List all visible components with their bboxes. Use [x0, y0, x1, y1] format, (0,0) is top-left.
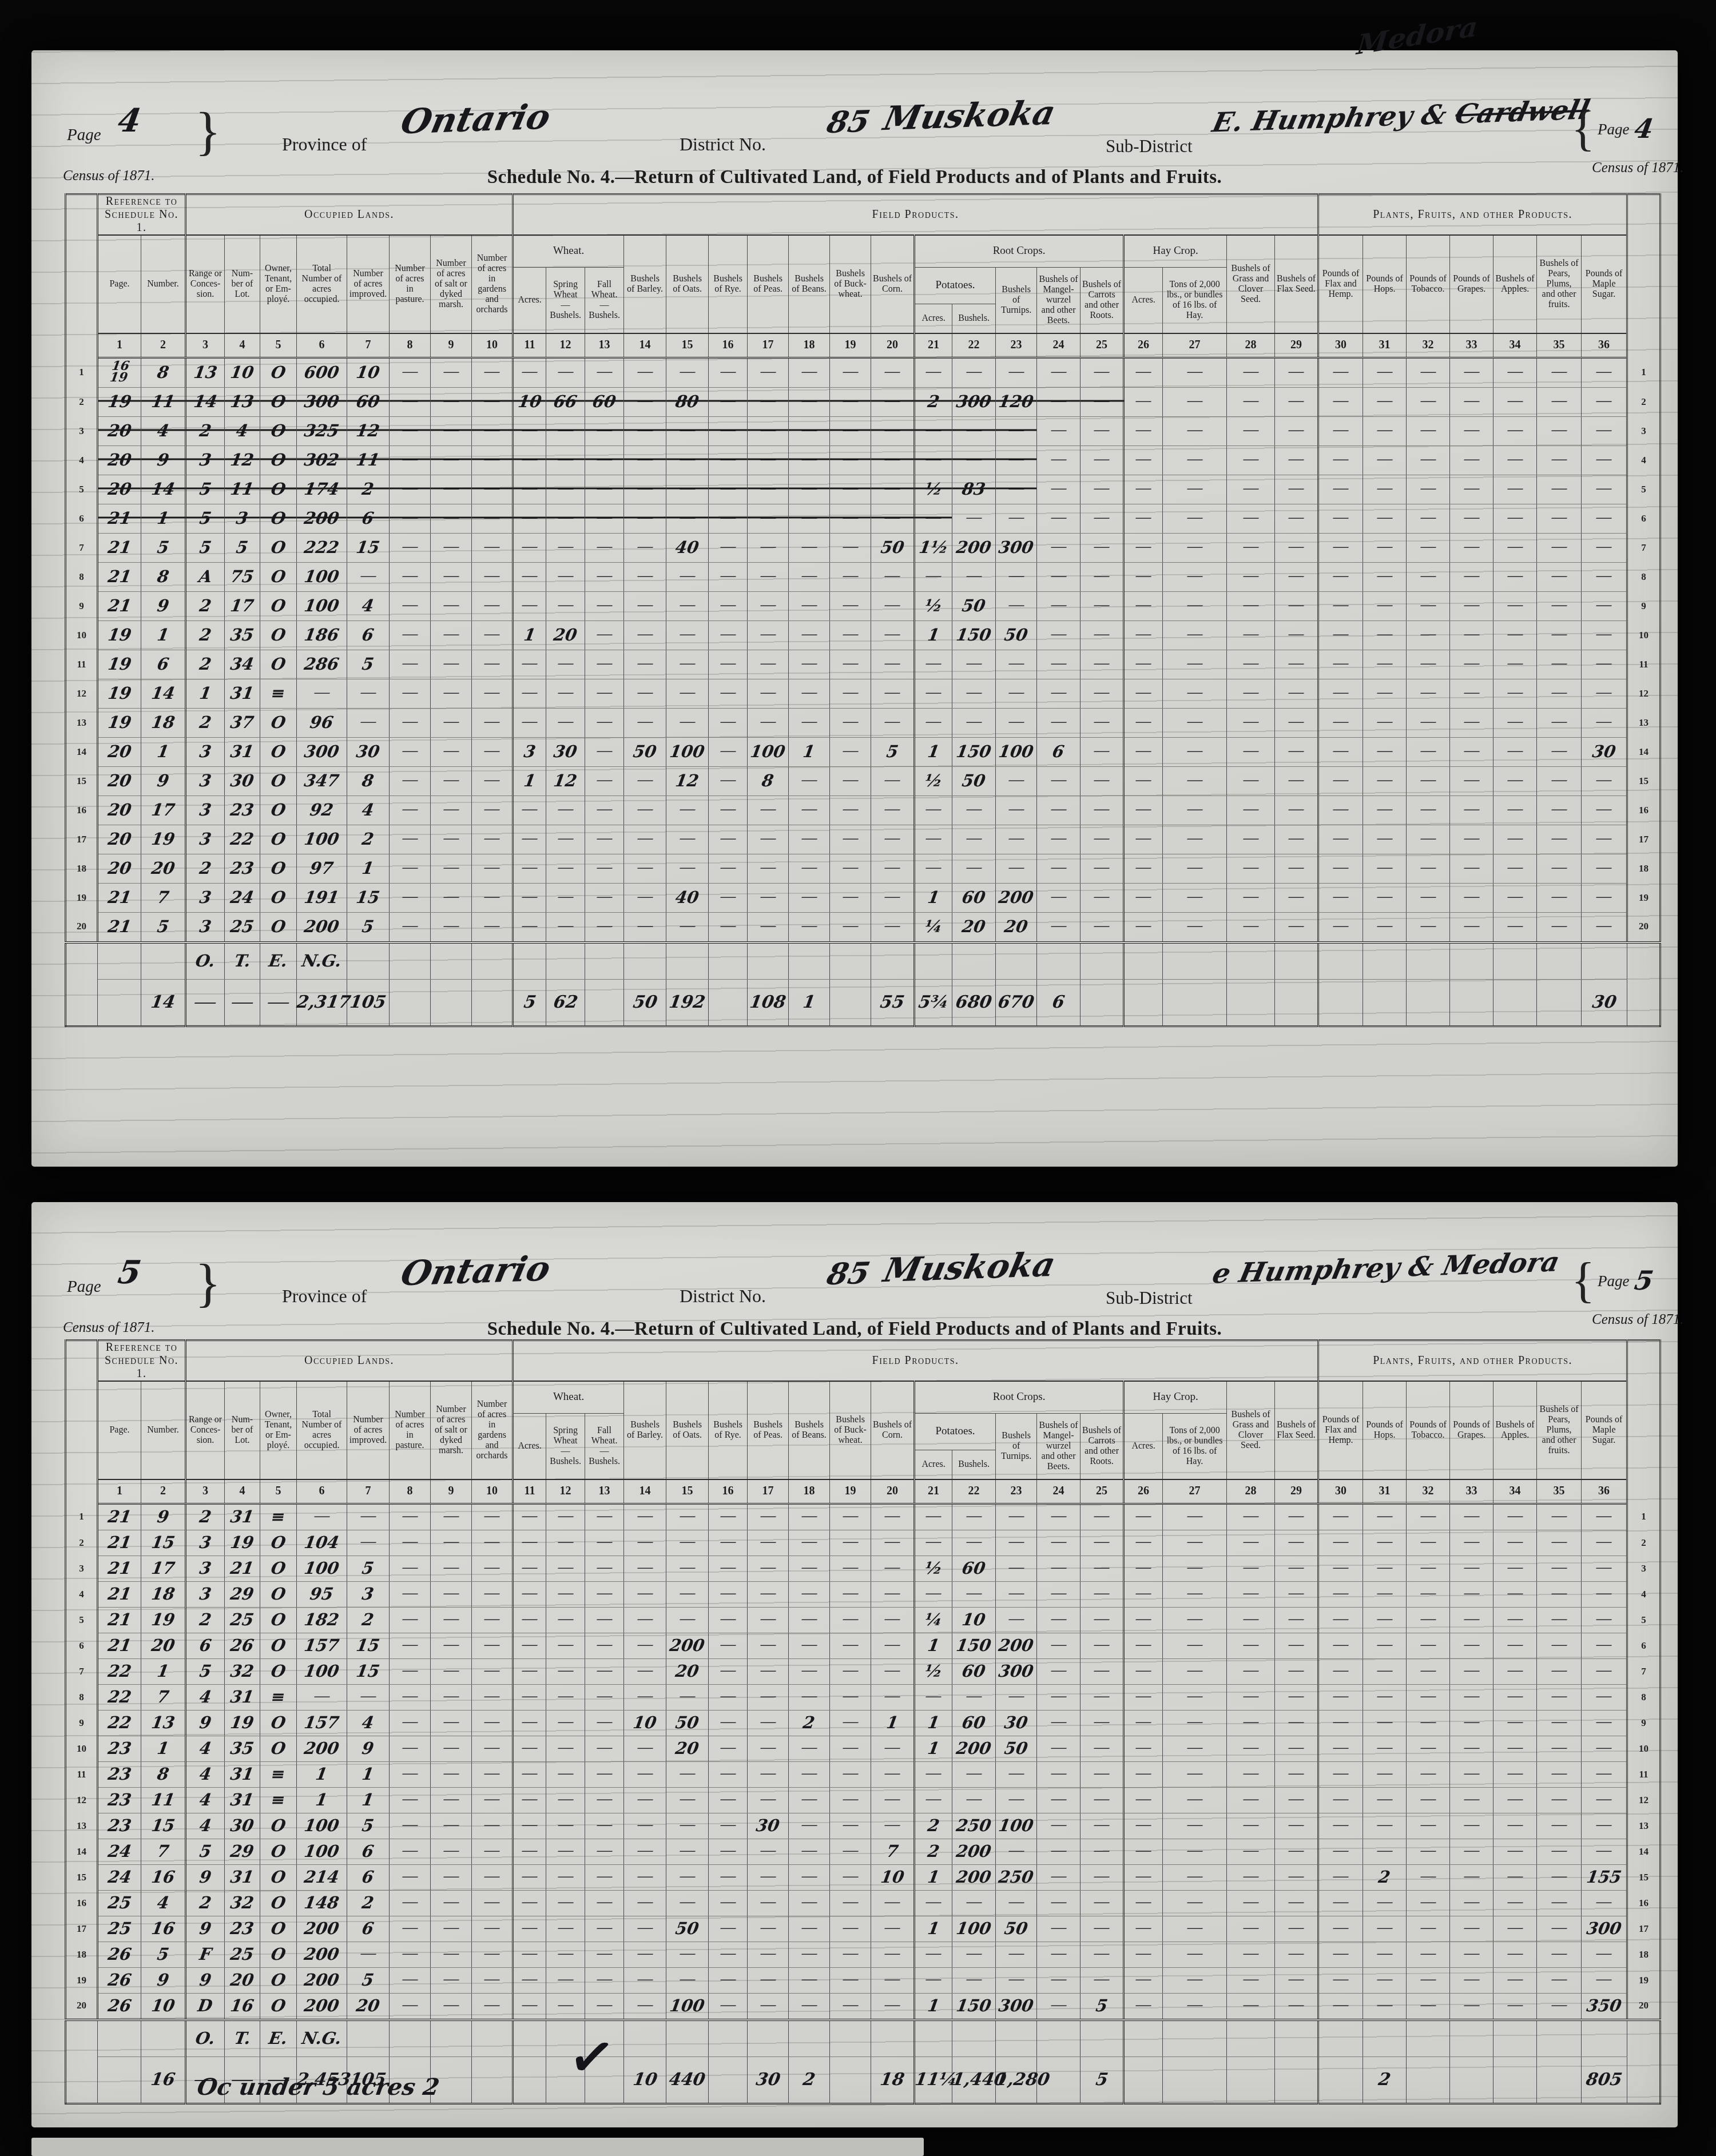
col-marsh: Number of acres of salt or dyked marsh. — [431, 235, 472, 333]
cell: — — [996, 1556, 1037, 1581]
cell: 19 — [141, 1607, 186, 1633]
cell: — — [1450, 1967, 1493, 1993]
cell: — — [915, 1761, 952, 1787]
cell: — — [830, 912, 871, 942]
cell: — — [1537, 533, 1582, 562]
cell: — — [1582, 912, 1627, 942]
cell: — — [1037, 883, 1081, 912]
totals-label-cell — [789, 2020, 830, 2057]
cell: — — [1037, 1916, 1081, 1942]
cell: — — [1407, 387, 1450, 416]
row-number: 6 — [1627, 504, 1661, 533]
cell: — — [585, 1710, 624, 1736]
cell: — — [1407, 912, 1450, 942]
row-number: 7 — [1627, 533, 1661, 562]
cell: 1 — [186, 679, 225, 708]
cell: — — [1407, 854, 1450, 883]
col-hops: Pounds of Hops. — [1363, 1381, 1407, 1479]
totals-label-cell — [748, 942, 789, 980]
cell: — — [1493, 1607, 1537, 1633]
cell: — — [1363, 708, 1407, 737]
cell: 100 — [297, 1813, 347, 1839]
cell: — — [1318, 387, 1363, 416]
totals-cell: 105 — [347, 979, 390, 1026]
cell: 26 — [225, 1633, 260, 1658]
cell: — — [1582, 1503, 1627, 1530]
cell: — — [1363, 854, 1407, 883]
cell: 5 — [186, 504, 225, 533]
cell: — — [1363, 357, 1407, 387]
totals-cell — [585, 979, 624, 1026]
cell: 302 — [297, 445, 347, 475]
cell: 21 — [98, 1581, 141, 1607]
cell: — — [1275, 766, 1318, 795]
cell: — — [1537, 1993, 1582, 2020]
cell: — — [1318, 825, 1363, 854]
totals-cell: — — [186, 979, 225, 1026]
cell: — — [1163, 650, 1227, 679]
footnote-checkmark: ✓ — [565, 2023, 619, 2092]
row-number: 15 — [1627, 766, 1661, 795]
cell: — — [1163, 1530, 1227, 1556]
column-number: 17 — [748, 333, 789, 357]
cell: — — [431, 1710, 472, 1736]
cell: — — [1537, 1787, 1582, 1813]
cell: 50 — [996, 1736, 1037, 1761]
cell: — — [585, 883, 624, 912]
totals-label-cell — [1407, 2020, 1450, 2057]
table-row: 1219231≡———————————————————————————————1 — [66, 1503, 1661, 1530]
cell: — — [915, 1942, 952, 1967]
cell: — — [472, 504, 513, 533]
cell: — — [431, 1503, 472, 1530]
cell: — — [1037, 1581, 1081, 1607]
cell: — — [1363, 416, 1407, 445]
row-number — [66, 2020, 98, 2057]
cell: — — [1081, 708, 1124, 737]
cell: — — [431, 445, 472, 475]
cell: 1½ — [915, 533, 952, 562]
totals-cell: 62 — [546, 979, 585, 1026]
cell: — — [513, 1967, 546, 1993]
totals-label-cell — [1081, 942, 1124, 980]
row-number: 9 — [66, 591, 98, 620]
table-row: 9219217O1004—————————————½50————————————… — [66, 591, 1661, 620]
cell: — — [709, 1761, 748, 1787]
cell: — — [431, 1839, 472, 1864]
cell: — — [585, 766, 624, 795]
cell: — — [390, 1993, 431, 2020]
cell: — — [431, 650, 472, 679]
cell: — — [585, 1787, 624, 1813]
cell: — — [1124, 1864, 1163, 1890]
cell: — — [748, 562, 789, 591]
cell: — — [1407, 766, 1450, 795]
cell: — — [624, 1581, 666, 1607]
cell: — — [1163, 445, 1227, 475]
cell: — — [1450, 1813, 1493, 1839]
cell: — — [472, 1993, 513, 2020]
cell: — — [1582, 1813, 1627, 1839]
row-number-header-left — [66, 1340, 98, 1504]
cell: 20 — [98, 795, 141, 825]
cell: — — [1407, 1581, 1450, 1607]
cell: — — [1318, 1556, 1363, 1581]
column-number: 36 — [1582, 1479, 1627, 1503]
cell: 200 — [952, 533, 996, 562]
cell: — — [1363, 1530, 1407, 1556]
cell: — — [666, 1864, 709, 1890]
cell: — — [390, 795, 431, 825]
group-field-products: Field Products. — [513, 1340, 1318, 1382]
cell: — — [1450, 1581, 1493, 1607]
cell: 15 — [141, 1813, 186, 1839]
subgroup-wheat: Wheat. — [513, 1381, 624, 1413]
row-number — [66, 942, 98, 980]
cell: 120 — [996, 387, 1037, 416]
cell: 2 — [915, 1813, 952, 1839]
cell: — — [513, 1710, 546, 1736]
column-number: 15 — [666, 333, 709, 357]
cell: — — [431, 1890, 472, 1916]
cell: — — [1124, 533, 1163, 562]
column-number: 23 — [996, 333, 1037, 357]
cell: — — [1037, 1761, 1081, 1787]
cell: 50 — [871, 533, 915, 562]
cell: 100 — [297, 825, 347, 854]
cell: — — [1081, 1736, 1124, 1761]
totals-label-cell — [431, 2020, 472, 2057]
cell: — — [1081, 1864, 1124, 1890]
row-number: 17 — [1627, 1916, 1661, 1942]
row-number: 16 — [1627, 795, 1661, 825]
cell: 21 — [98, 562, 141, 591]
group-reference: Reference to Schedule No. 1. — [98, 1340, 186, 1382]
schedule-title: Schedule No. 4.—Return of Cultivated Lan… — [487, 167, 1222, 188]
cell: — — [1124, 1761, 1163, 1787]
cell: — — [1363, 1813, 1407, 1839]
cell: 17 — [225, 591, 260, 620]
row-number: 19 — [1627, 1967, 1661, 1993]
cell: — — [666, 445, 709, 475]
cell: — — [1582, 795, 1627, 825]
cell: — — [709, 475, 748, 504]
cell: — — [1407, 591, 1450, 620]
cell: — — [390, 1890, 431, 1916]
cell: — — [1582, 1839, 1627, 1864]
cell: — — [1582, 620, 1627, 650]
cell: — — [546, 1864, 585, 1890]
cell: — — [1163, 533, 1227, 562]
totals-cell — [1363, 979, 1407, 1026]
cell: 21 — [98, 912, 141, 942]
cell: — — [1537, 620, 1582, 650]
cell: — — [1537, 1556, 1582, 1581]
cell: — — [585, 357, 624, 387]
cell: 7 — [141, 883, 186, 912]
col-beans: Bushels of Beans. — [789, 1381, 830, 1479]
cell: — — [666, 1942, 709, 1967]
totals-label-cell — [952, 2020, 996, 2057]
column-number: 1 — [98, 333, 141, 357]
cell: — — [1037, 1633, 1081, 1658]
cell: — — [624, 416, 666, 445]
cell: 29 — [225, 1839, 260, 1864]
cell: — — [830, 825, 871, 854]
column-number: 24 — [1037, 333, 1081, 357]
cell: 21 — [225, 1556, 260, 1581]
cell: — — [624, 504, 666, 533]
cell: 31 — [225, 1503, 260, 1530]
column-number: 11 — [513, 1479, 546, 1503]
cell: — — [624, 1736, 666, 1761]
cell: — — [347, 1942, 390, 1967]
totals-label-cell: T. — [225, 942, 260, 980]
cell: — — [748, 1530, 789, 1556]
cell: — — [1275, 1503, 1318, 1530]
cell: — — [1450, 708, 1493, 737]
cell: — — [830, 708, 871, 737]
cell: — — [1124, 1607, 1163, 1633]
cell: — — [1450, 766, 1493, 795]
cell: — — [1363, 1942, 1407, 1967]
cell: — — [789, 445, 830, 475]
cell: — — [472, 1736, 513, 1761]
cell: — — [996, 445, 1037, 475]
cell: — — [390, 504, 431, 533]
cell: — — [1124, 1916, 1163, 1942]
cell: — — [1450, 1942, 1493, 1967]
cell: 20 — [952, 912, 996, 942]
cell: — — [1407, 708, 1450, 737]
cell: — — [1227, 475, 1275, 504]
cell: — — [789, 475, 830, 504]
cell: — — [390, 679, 431, 708]
cell: 1 — [915, 883, 952, 912]
cell: 1 — [297, 1761, 347, 1787]
cell: — — [1318, 1916, 1363, 1942]
cell: — — [748, 854, 789, 883]
cell: — — [1163, 825, 1227, 854]
totals-cell: 2 — [1363, 2056, 1407, 2103]
table-row: 10231435O2009———————20—————120050———————… — [66, 1736, 1661, 1761]
table-row: 92213919O1574——————1050——2—116030———————… — [66, 1710, 1661, 1736]
totals-cell: 805 — [1582, 2056, 1627, 2103]
row-number: 17 — [66, 1916, 98, 1942]
column-number: 3 — [186, 333, 225, 357]
cell: — — [513, 1503, 546, 1530]
cell: — — [431, 1736, 472, 1761]
cell: — — [472, 1710, 513, 1736]
col-hay-acres: Acres. — [1124, 1413, 1163, 1479]
cell: — — [789, 912, 830, 942]
cell: — — [1450, 1787, 1493, 1813]
cell: — — [585, 854, 624, 883]
totals-label-cell — [1493, 2020, 1537, 2057]
cell: 20 — [98, 475, 141, 504]
cell: 155 — [1582, 1864, 1627, 1890]
cell: — — [1124, 1503, 1163, 1530]
cell: — — [748, 1942, 789, 1967]
column-number: 33 — [1450, 1479, 1493, 1503]
cell: — — [830, 504, 871, 533]
cell: — — [830, 1581, 871, 1607]
col-rye: Bushels of Rye. — [709, 1381, 748, 1479]
col-barley: Bushels of Barley. — [624, 235, 666, 333]
cell: 9 — [186, 1967, 225, 1993]
cell: — — [1037, 1993, 1081, 2020]
cell: — — [709, 562, 748, 591]
cell: — — [1037, 475, 1081, 504]
cell: — — [472, 1916, 513, 1942]
cell: — — [1493, 1710, 1537, 1736]
cell: 6 — [186, 1633, 225, 1658]
table-row: 8218A75O100—————————————————————————————… — [66, 562, 1661, 591]
cell: — — [1407, 1967, 1450, 1993]
totals-cell: 30 — [748, 2056, 789, 2103]
cell: — — [624, 1658, 666, 1684]
cell: — — [431, 854, 472, 883]
totals-label-cell — [871, 2020, 915, 2057]
totals-label-row: O.T.E.N.G. — [66, 942, 1661, 980]
row-number: 20 — [1627, 1993, 1661, 2020]
totals-label-cell: O. — [186, 2020, 225, 2057]
cell: — — [1037, 854, 1081, 883]
column-number: 5 — [260, 1479, 297, 1503]
table-row: 14247529O1006————————————72200——————————… — [66, 1839, 1661, 1864]
col-range: Range or Conces-sion. — [186, 1381, 225, 1479]
column-number: 20 — [871, 1479, 915, 1503]
cell: ≡ — [260, 1787, 297, 1813]
cell: — — [1318, 1839, 1363, 1864]
cell: — — [1582, 475, 1627, 504]
cell: — — [472, 1864, 513, 1890]
cell: — — [1037, 825, 1081, 854]
cell: — — [748, 1503, 789, 1530]
cell: — — [871, 854, 915, 883]
cell: 75 — [225, 562, 260, 591]
province-handwritten: Ontario — [398, 102, 553, 138]
row-number: 3 — [1627, 416, 1661, 445]
cell: — — [1163, 912, 1227, 942]
cell: — — [431, 1993, 472, 2020]
cell: — — [748, 1839, 789, 1864]
cell: — — [1363, 1993, 1407, 2020]
column-number: 29 — [1275, 333, 1318, 357]
cell: — — [709, 387, 748, 416]
cell: — — [1275, 679, 1318, 708]
cell: — — [1582, 854, 1627, 883]
cell: — — [1493, 766, 1537, 795]
cell: — — [1163, 562, 1227, 591]
cell: — — [1363, 1658, 1407, 1684]
cell: — — [1163, 416, 1227, 445]
cell: — — [789, 825, 830, 854]
cell: — — [624, 1864, 666, 1890]
cell: — — [1318, 1581, 1363, 1607]
table-row: 11196234O2865———————————————————————————… — [66, 650, 1661, 679]
cell: O — [260, 387, 297, 416]
group-plants-fruits: Plants, Fruits, and other Products. — [1318, 194, 1627, 236]
cell: — — [1081, 1633, 1124, 1658]
cell: 200 — [666, 1633, 709, 1658]
cell: — — [789, 1633, 830, 1658]
totals-cell — [98, 2056, 141, 2103]
cell: O — [260, 1581, 297, 1607]
cell: O — [260, 475, 297, 504]
totals-label-cell — [666, 942, 709, 980]
cell: 32 — [225, 1658, 260, 1684]
cell: 60 — [347, 387, 390, 416]
cell: — — [1124, 1684, 1163, 1710]
cell: — — [709, 650, 748, 679]
cell: — — [666, 562, 709, 591]
cell: — — [709, 1658, 748, 1684]
cell: 10 — [225, 357, 260, 387]
cell: — — [513, 1916, 546, 1942]
cell: — — [1450, 650, 1493, 679]
cell: O — [260, 562, 297, 591]
cell: — — [1081, 1839, 1124, 1864]
cell: 34 — [225, 650, 260, 679]
cell: — — [585, 679, 624, 708]
cell: — — [709, 1607, 748, 1633]
column-number: 22 — [952, 1479, 996, 1503]
cell: — — [1227, 1864, 1275, 1890]
cell: — — [513, 1993, 546, 2020]
cell: — — [709, 795, 748, 825]
cell: 1 — [915, 1633, 952, 1658]
cell: O — [260, 883, 297, 912]
totals-cell: 440 — [666, 2056, 709, 2103]
cell: — — [431, 620, 472, 650]
cell: — — [1318, 1967, 1363, 1993]
cell: — — [1318, 708, 1363, 737]
subgroup-potatoes: Potatoes. — [915, 267, 996, 304]
cell: — — [1124, 1839, 1163, 1864]
census-table: Reference to Schedule No. 1. Occupied La… — [65, 193, 1661, 1027]
cell: — — [513, 562, 546, 591]
row-number: 18 — [66, 854, 98, 883]
col-oats: Bushels of Oats. — [666, 1381, 709, 1479]
cell: 5 — [186, 1658, 225, 1684]
cell: 2 — [186, 620, 225, 650]
cell: — — [431, 416, 472, 445]
cell: O — [260, 737, 297, 766]
cell: — — [830, 1993, 871, 2020]
row-number: 1 — [66, 357, 98, 387]
table-row: 8227431≡———————————————————————————————8 — [66, 1684, 1661, 1710]
cell: 174 — [297, 475, 347, 504]
cell: — — [1163, 1942, 1227, 1967]
cell: — — [1275, 1581, 1318, 1607]
col-potato-acres: Acres. — [915, 1450, 952, 1479]
cell: — — [1227, 1916, 1275, 1942]
cell: — — [1493, 445, 1537, 475]
cell: — — [585, 591, 624, 620]
cell: — — [1450, 1736, 1493, 1761]
cell: — — [1363, 1684, 1407, 1710]
cell: — — [546, 1684, 585, 1710]
cell: 21 — [98, 533, 141, 562]
cell: — — [748, 357, 789, 387]
cell: 2 — [347, 1890, 390, 1916]
cell: 300 — [1582, 1916, 1627, 1942]
cell: — — [1275, 708, 1318, 737]
cell: — — [431, 1633, 472, 1658]
cell: — — [952, 650, 996, 679]
cell: — — [666, 1761, 709, 1787]
